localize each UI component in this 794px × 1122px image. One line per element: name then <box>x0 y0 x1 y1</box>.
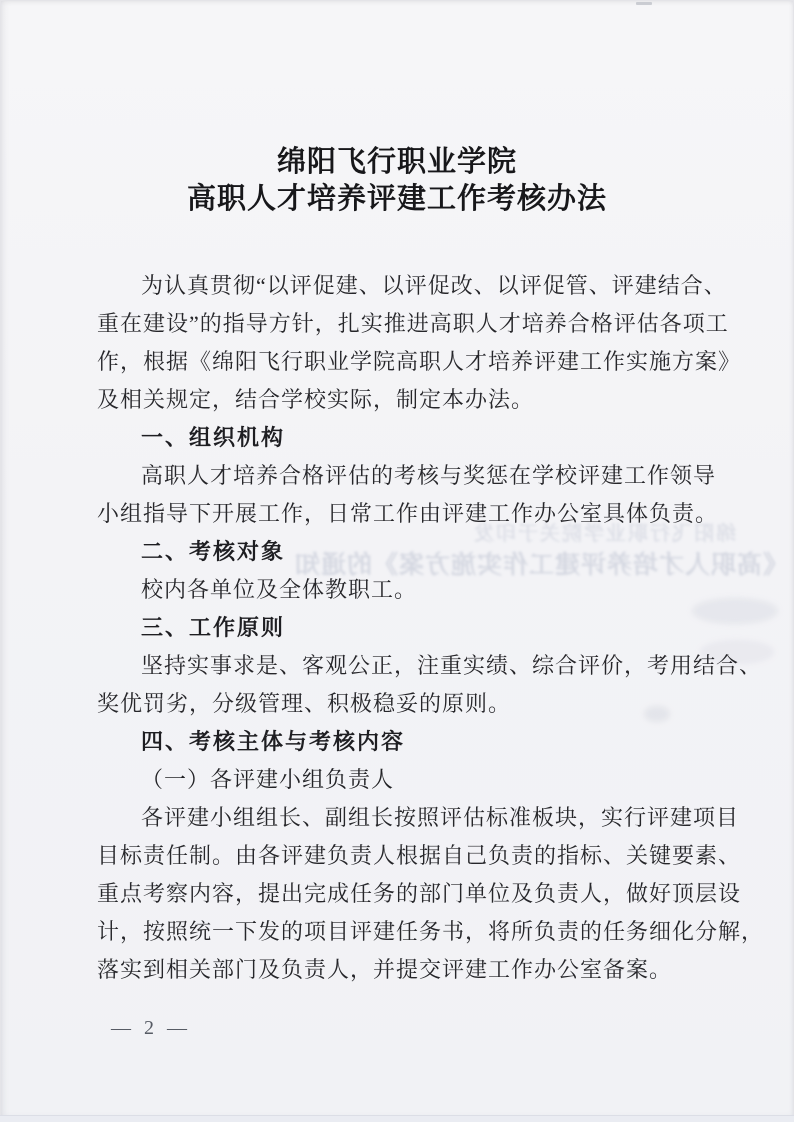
paragraph-intro: 为认真贯彻“以评促建、以评促改、以评促管、评建结合、 重在建设”的指导方针，扎实… <box>97 267 737 419</box>
document-title-line1: 绵阳飞行职业学院 <box>0 144 794 181</box>
text-line: 奖优罚劣，分级管理、积极稳妥的原则。 <box>97 685 737 723</box>
paragraph-group-leaders: 各评建小组组长、副组长按照评估标准板块，实行评建项目 目标责任制。由各评建负责人… <box>97 799 737 989</box>
document-title-line2: 高职人才培养评建工作考核办法 <box>0 181 794 218</box>
text-line: 为认真贯彻“以评促建、以评促改、以评促管、评建结合、 <box>97 267 737 305</box>
text-line: 落实到相关部门及负责人，并提交评建工作办公室备案。 <box>97 951 737 989</box>
paragraph-organization: 高职人才培养合格评估的考核与奖惩在学校评建工作领导 小组指导下开展工作，日常工作… <box>97 457 737 533</box>
scanned-document-page: 绵阳飞行职业学院关于印发 《高职人才培养评建工作实施方案》的通知 绵阳飞行职业学… <box>0 0 794 1122</box>
text-line: 坚持实事求是、客观公正，注重实绩、综合评价，考用结合、 <box>97 647 737 685</box>
text-line: 计，按照统一下发的项目评建任务书，将所负责的任务细化分解， <box>97 913 737 951</box>
text-line: 校内各单位及全体教职工。 <box>97 571 737 609</box>
paragraph-targets: 校内各单位及全体教职工。 <box>97 571 737 609</box>
section-heading-1: 一、组织机构 <box>97 419 737 457</box>
text-line: 作，根据《绵阳飞行职业学院高职人才培养评建工作实施方案》 <box>97 343 737 381</box>
section-heading-2: 二、考核对象 <box>97 533 737 571</box>
text-line: 高职人才培养合格评估的考核与奖惩在学校评建工作领导 <box>97 457 737 495</box>
text-line: 各评建小组组长、副组长按照评估标准板块，实行评建项目 <box>97 799 737 837</box>
paragraph-principles: 坚持实事求是、客观公正，注重实绩、综合评价，考用结合、 奖优罚劣，分级管理、积极… <box>97 647 737 723</box>
scan-artifact <box>636 2 652 5</box>
scan-bottom-edge <box>0 1115 794 1122</box>
section-heading-4: 四、考核主体与考核内容 <box>97 723 737 761</box>
section-heading-3: 三、工作原则 <box>97 609 737 647</box>
text-line: 目标责任制。由各评建负责人根据自己负责的指标、关键要素、 <box>97 837 737 875</box>
text-line: 小组指导下开展工作，日常工作由评建工作办公室具体负责。 <box>97 495 737 533</box>
text-line: 重在建设”的指导方针，扎实推进高职人才培养合格评估各项工 <box>97 305 737 343</box>
text-line: 重点考察内容，提出完成任务的部门单位及负责人，做好顶层设 <box>97 875 737 913</box>
document-title: 绵阳飞行职业学院 高职人才培养评建工作考核办法 <box>0 144 794 218</box>
page-number: — 2 — <box>111 1017 191 1040</box>
subsection-heading-1: （一）各评建小组负责人 <box>97 761 737 799</box>
text-line: 及相关规定，结合学校实际，制定本办法。 <box>97 381 737 419</box>
document-body: 为认真贯彻“以评促建、以评促改、以评促管、评建结合、 重在建设”的指导方针，扎实… <box>97 267 737 989</box>
